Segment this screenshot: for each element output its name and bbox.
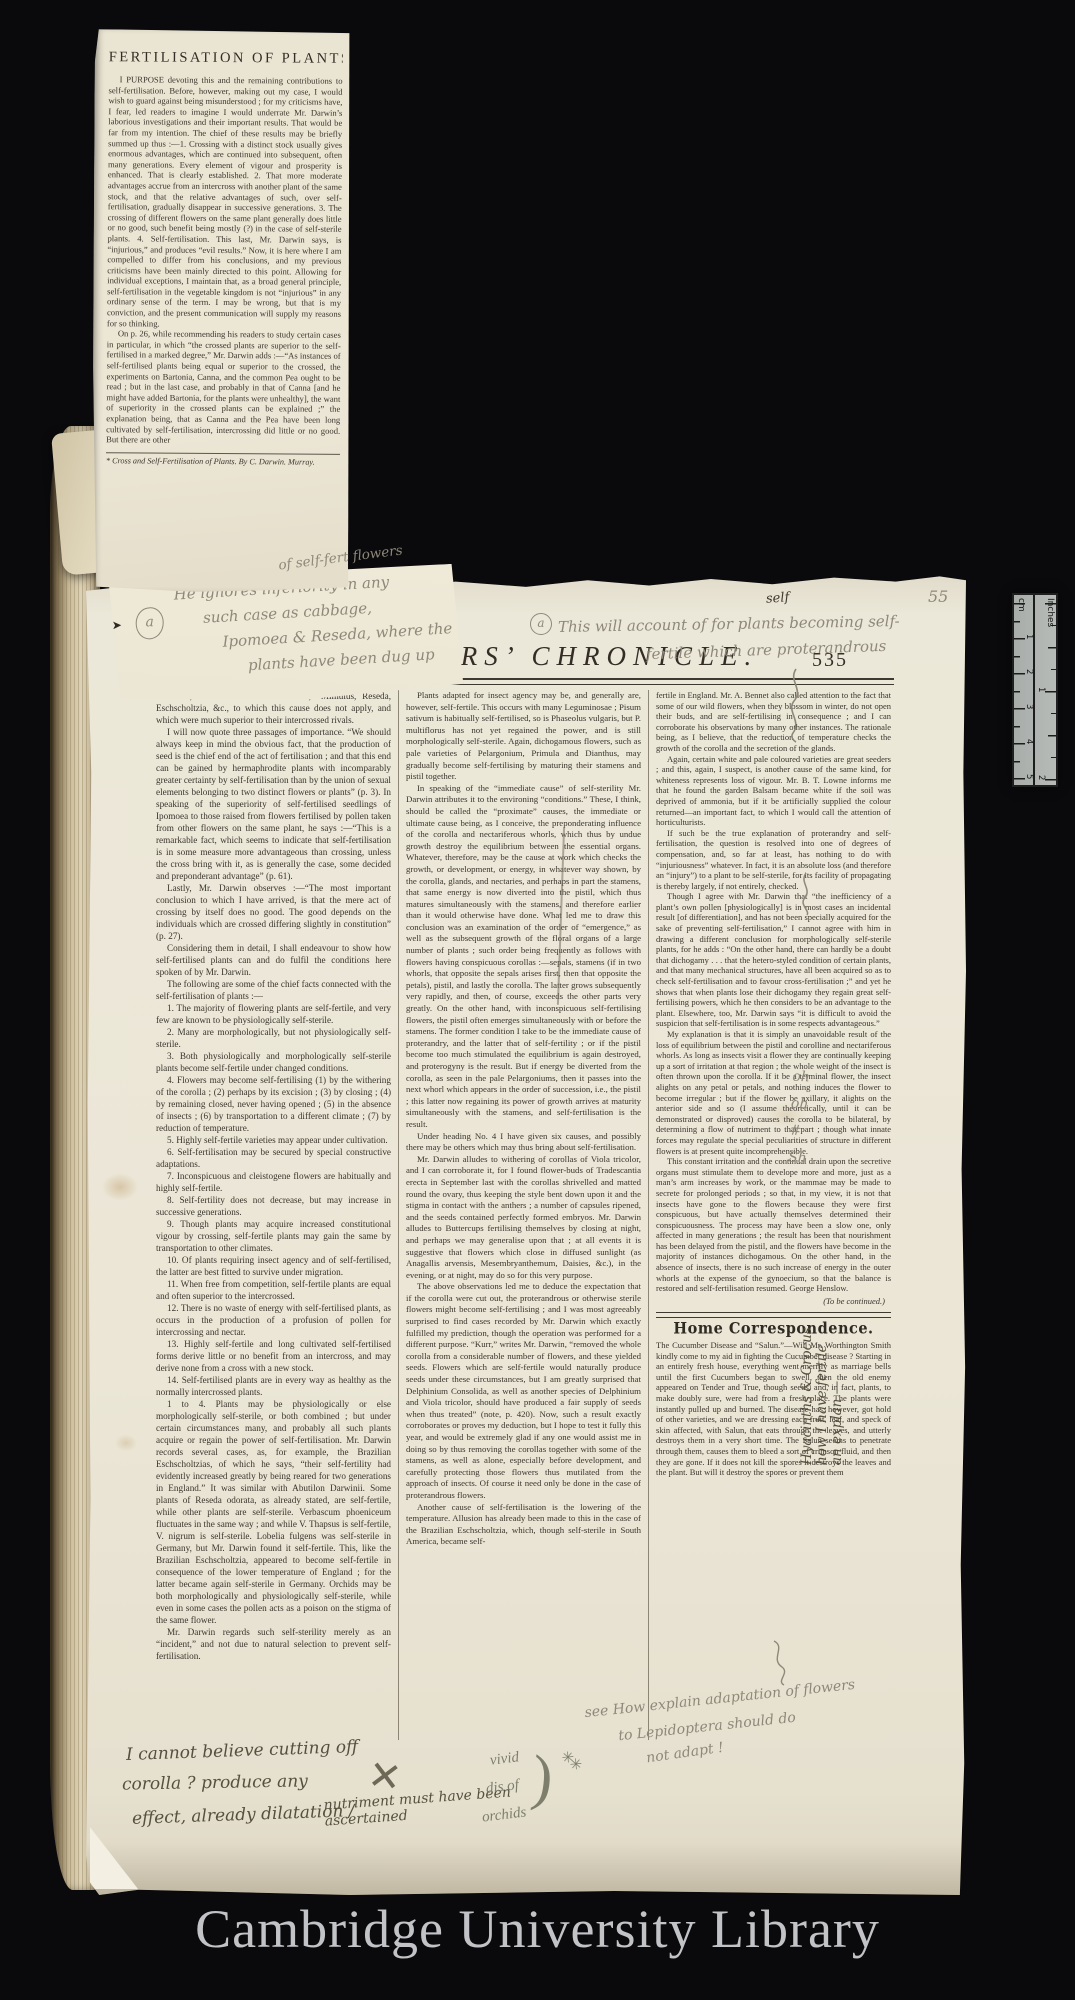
clipping-title: FERTILISATION OF PLANTS.* [109, 49, 343, 68]
home-correspondence-heading: Home Correspondence. [656, 1324, 891, 1335]
asterisk-marks: ✳✳ [556, 1746, 584, 1774]
journal-page: 55 GARDENERS’ CHRONICLE. 535 a This will… [86, 575, 966, 1895]
inch-number: 2 [1036, 775, 1046, 780]
cm-number: 3 [1024, 704, 1034, 709]
column-1: instances, such as the case of “Hero,” M… [156, 690, 391, 1740]
pencil-cluster-line2: dis of [485, 1777, 520, 1798]
section-rule [656, 1312, 891, 1318]
folio-number: 55 [928, 587, 948, 606]
scale-ruler: cm Inches 1 2 3 4 5 1 2 [1012, 593, 1058, 787]
circled-letter-annotation: a [135, 607, 164, 640]
x-mark: ✕ [365, 1751, 405, 1802]
cm-label: cm [1016, 598, 1026, 612]
column-2-text: Plants adapted for insect agency may be,… [406, 690, 641, 1548]
clipping-footnote: * Cross and Self-Fertilisation of Plants… [106, 452, 340, 468]
column-3-text: fertile in England. Mr. A. Bennet also c… [656, 690, 891, 1294]
photograph-scene: 55 GARDENERS’ CHRONICLE. 535 a This will… [0, 0, 1075, 2000]
column-1-text: instances, such as the case of “Hero,” M… [156, 690, 391, 1662]
bottom-pencil-note-line3: not adapt ! [645, 1740, 724, 1767]
library-caption: Cambridge University Library [0, 1898, 1075, 1960]
pencil-cluster-line1: vivid [489, 1749, 520, 1769]
vertical-margin-note: Hyacinths & Crocushow I have fertilean e… [800, 1215, 846, 1465]
inch-number: 1 [1036, 687, 1046, 692]
pencil-bracket: ) [528, 1742, 556, 1815]
circled-letter-annotation: a [530, 613, 552, 635]
column-rule [648, 690, 649, 1740]
column-rule [398, 690, 399, 1740]
home-correspondence-text: The Cucumber Disease and “Salun.”—Will M… [656, 1340, 891, 1478]
inch-quarter-ticks [1052, 625, 1057, 785]
clipping-text-block: FERTILISATION OF PLANTS.* I PURPOSE devo… [105, 49, 343, 585]
cm-ticks [1014, 603, 1025, 785]
clipping-body: I PURPOSE devoting this and the remainin… [106, 74, 343, 446]
bottom-ink-note-line2: corolla ? produce any [122, 1771, 308, 1794]
inch-half-ticks [1048, 647, 1056, 785]
to-be-continued: (To be continued.) [656, 1296, 885, 1307]
column-2: Plants adapted for insect agency may be,… [406, 690, 641, 1740]
bottom-ink-note-line1: I cannot believe cutting off [126, 1737, 359, 1765]
cm-number: 1 [1024, 634, 1034, 639]
cm-half-ticks [1014, 621, 1020, 786]
cm-number: 2 [1024, 669, 1034, 674]
cm-number: 5 [1024, 774, 1034, 779]
ruler-divider [1034, 595, 1036, 785]
cm-number: 4 [1024, 739, 1034, 744]
inch-ticks [1045, 603, 1056, 785]
article-columns: instances, such as the case of “Hero,” M… [156, 690, 891, 1740]
pencil-note-header-line1: This will account of for plants becoming… [558, 612, 900, 636]
ink-inserted-word: self [766, 590, 790, 607]
page-dog-ear [90, 1817, 138, 1889]
inches-label: Inches [1045, 598, 1055, 627]
bottom-ink-note-line3: effect, already dilatation / [132, 1801, 355, 1829]
news-clipping: FERTILISATION OF PLANTS.* I PURPOSE devo… [91, 29, 352, 593]
column-3: fertile in England. Mr. A. Bennet also c… [656, 690, 891, 1740]
